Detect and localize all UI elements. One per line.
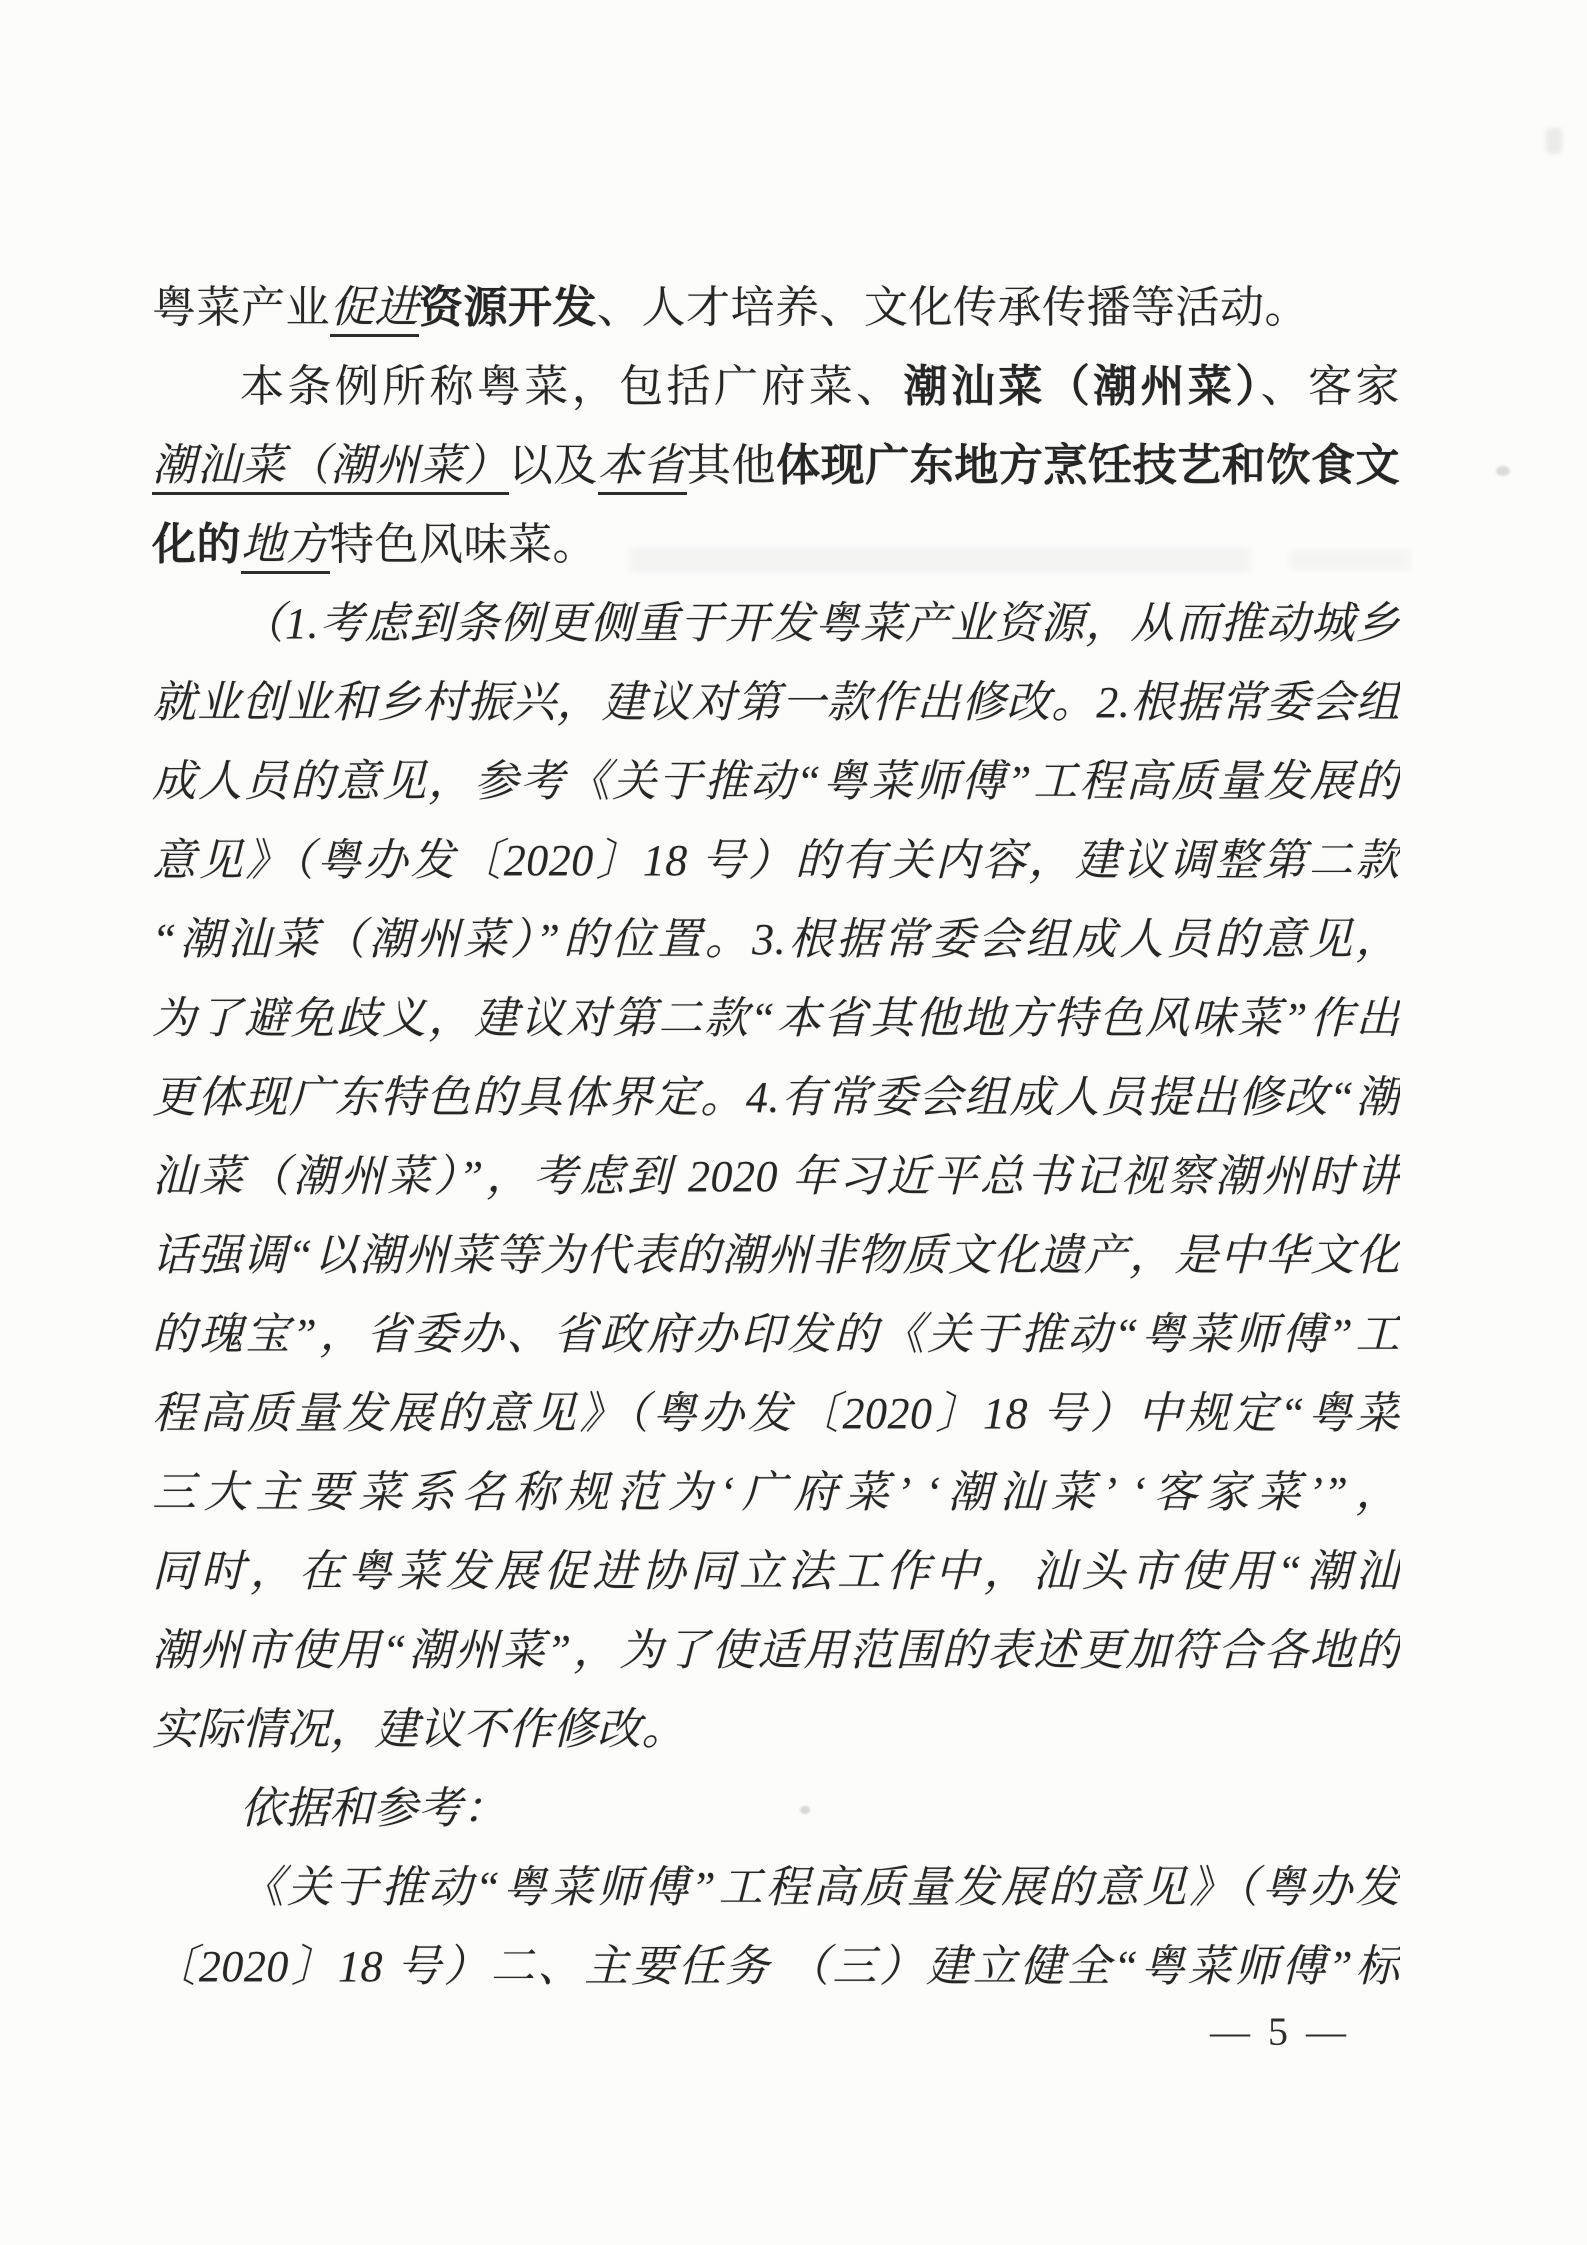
text-segment: “潮汕菜（潮州菜）”的位置。3.根据常委会组成人员的意见， [152,915,1400,964]
scanned-document-page: 粤菜产业促进资源开发、人才培养、文化传承传播等活动。本条例所称粤菜，包括广府菜、… [0,0,1587,2245]
text-segment: 、人才培养、文化传承传播等活动。 [597,283,1309,332]
text-line: 潮州市使用“潮州菜”，为了使适用范围的表述更加符合各地的 [152,1611,1400,1690]
text-line: 〔2020〕18 号）二、主要任务 （三）建立健全“粤菜师傅”标 [152,1927,1400,2006]
text-line: 实际情况，建议不作修改。 [152,1690,1400,1769]
text-line: 程高质量发展的意见》（粤办发〔2020〕18 号）中规定“粤菜 [152,1374,1400,1453]
text-segment: 本省 [598,441,687,495]
text-line: 粤菜产业促进资源开发、人才培养、文化传承传播等活动。 [152,268,1400,347]
text-segment: 实际情况，建议不作修改。 [152,1705,686,1754]
text-line: 就业创业和乡村振兴，建议对第一款作出修改。2.根据常委会组 [152,663,1400,742]
scan-artifact-edge-mark [1546,128,1562,154]
text-segment: 潮州市使用“潮州菜”，为了使适用范围的表述更加符合各地的 [152,1626,1400,1675]
text-line: 本条例所称粤菜，包括广府菜、潮汕菜（潮州菜）、客家菜、 [152,347,1400,426]
text-segment: 促进 [330,283,419,337]
text-segment: 潮汕菜（潮州菜） [152,441,509,495]
text-line: 潮汕菜（潮州菜）以及本省其他体现广东地方烹饪技艺和饮食文 [152,426,1400,505]
text-segment: 就业创业和乡村振兴，建议对第一款作出修改。2.根据常委会组 [152,678,1400,727]
text-line: 意见》（粤办发〔2020〕18 号）的有关内容，建议调整第二款 [152,821,1400,900]
text-line: 《关于推动“粤菜师傅”工程高质量发展的意见》（粤办发 [152,1848,1400,1927]
text-line: 汕菜（潮州菜）”，考虑到 2020 年习近平总书记视察潮州时讲 [152,1137,1400,1216]
document-body: 粤菜产业促进资源开发、人才培养、文化传承传播等活动。本条例所称粤菜，包括广府菜、… [152,268,1400,2006]
text-segment: 的瑰宝”，省委办、省政府办印发的《关于推动“粤菜师傅”工 [152,1310,1400,1359]
text-segment: 粤菜产业 [152,283,330,332]
text-segment: 依据和参考： [240,1784,507,1833]
text-line: 依据和参考： [152,1769,1400,1848]
text-line: 同时，在粤菜发展促进协同立法工作中，汕头市使用“潮汕菜”， [152,1532,1400,1611]
text-segment: 本条例所称粤菜，包括广府菜、 [240,362,904,411]
text-segment: 汕菜（潮州菜）”，考虑到 2020 年习近平总书记视察潮州时讲 [152,1152,1400,1201]
text-segment: 资源开发 [419,283,597,332]
text-segment: 其他 [687,441,776,490]
text-segment: 三大主要菜系名称规范为‘广府菜’ ‘潮汕菜’ ‘客家菜’”， [152,1468,1400,1517]
text-line: 为了避免歧义，建议对第二款“本省其他地方特色风味菜”作出 [152,979,1400,1058]
text-segment: 以及 [509,441,598,490]
scan-artifact-speck [1496,466,1510,476]
text-segment: 特色风味菜。 [330,520,597,569]
text-segment: 《关于推动“粤菜师傅”工程高质量发展的意见》（粤办发 [240,1863,1400,1912]
text-line: （1.考虑到条例更侧重于开发粤菜产业资源，从而推动城乡 [152,584,1400,663]
text-segment: （1.考虑到条例更侧重于开发粤菜产业资源，从而推动城乡 [240,599,1400,648]
text-segment: 地方 [241,520,330,574]
text-line: 成人员的意见，参考《关于推动“粤菜师傅”工程高质量发展的 [152,742,1400,821]
text-segment: 意见》（粤办发〔2020〕18 号）的有关内容，建议调整第二款 [152,836,1400,885]
text-segment: 同时，在粤菜发展促进协同立法工作中，汕头市使用“潮汕菜”， [152,1547,1400,1611]
text-line: 更体现广东特色的具体界定。4.有常委会组成人员提出修改“潮 [152,1058,1400,1137]
text-segment: 潮汕菜（潮州菜） [904,362,1261,411]
page-number: — 5 — [1180,2008,1380,2055]
text-line: 化的地方特色风味菜。 [152,505,1400,584]
text-segment: 〔2020〕18 号）二、主要任务 （三）建立健全“粤菜师傅”标 [152,1942,1400,1991]
text-segment: 化的 [152,520,241,569]
text-segment: 成人员的意见，参考《关于推动“粤菜师傅”工程高质量发展的 [152,757,1400,806]
text-line: 的瑰宝”，省委办、省政府办印发的《关于推动“粤菜师傅”工 [152,1295,1400,1374]
text-segment: 话强调“以潮州菜等为代表的潮州非物质文化遗产，是中华文化 [152,1231,1400,1280]
text-segment: 更体现广东特色的具体界定。4.有常委会组成人员提出修改“潮 [152,1073,1400,1122]
text-segment: 体现广东地方烹饪技艺和饮食文 [776,441,1400,490]
text-line: 话强调“以潮州菜等为代表的潮州非物质文化遗产，是中华文化 [152,1216,1400,1295]
text-segment: 为了避免歧义，建议对第二款“本省其他地方特色风味菜”作出 [152,994,1400,1043]
text-line: 三大主要菜系名称规范为‘广府菜’ ‘潮汕菜’ ‘客家菜’”， [152,1453,1400,1532]
text-line: “潮汕菜（潮州菜）”的位置。3.根据常委会组成人员的意见， [152,900,1400,979]
text-segment: 程高质量发展的意见》（粤办发〔2020〕18 号）中规定“粤菜 [152,1389,1400,1438]
